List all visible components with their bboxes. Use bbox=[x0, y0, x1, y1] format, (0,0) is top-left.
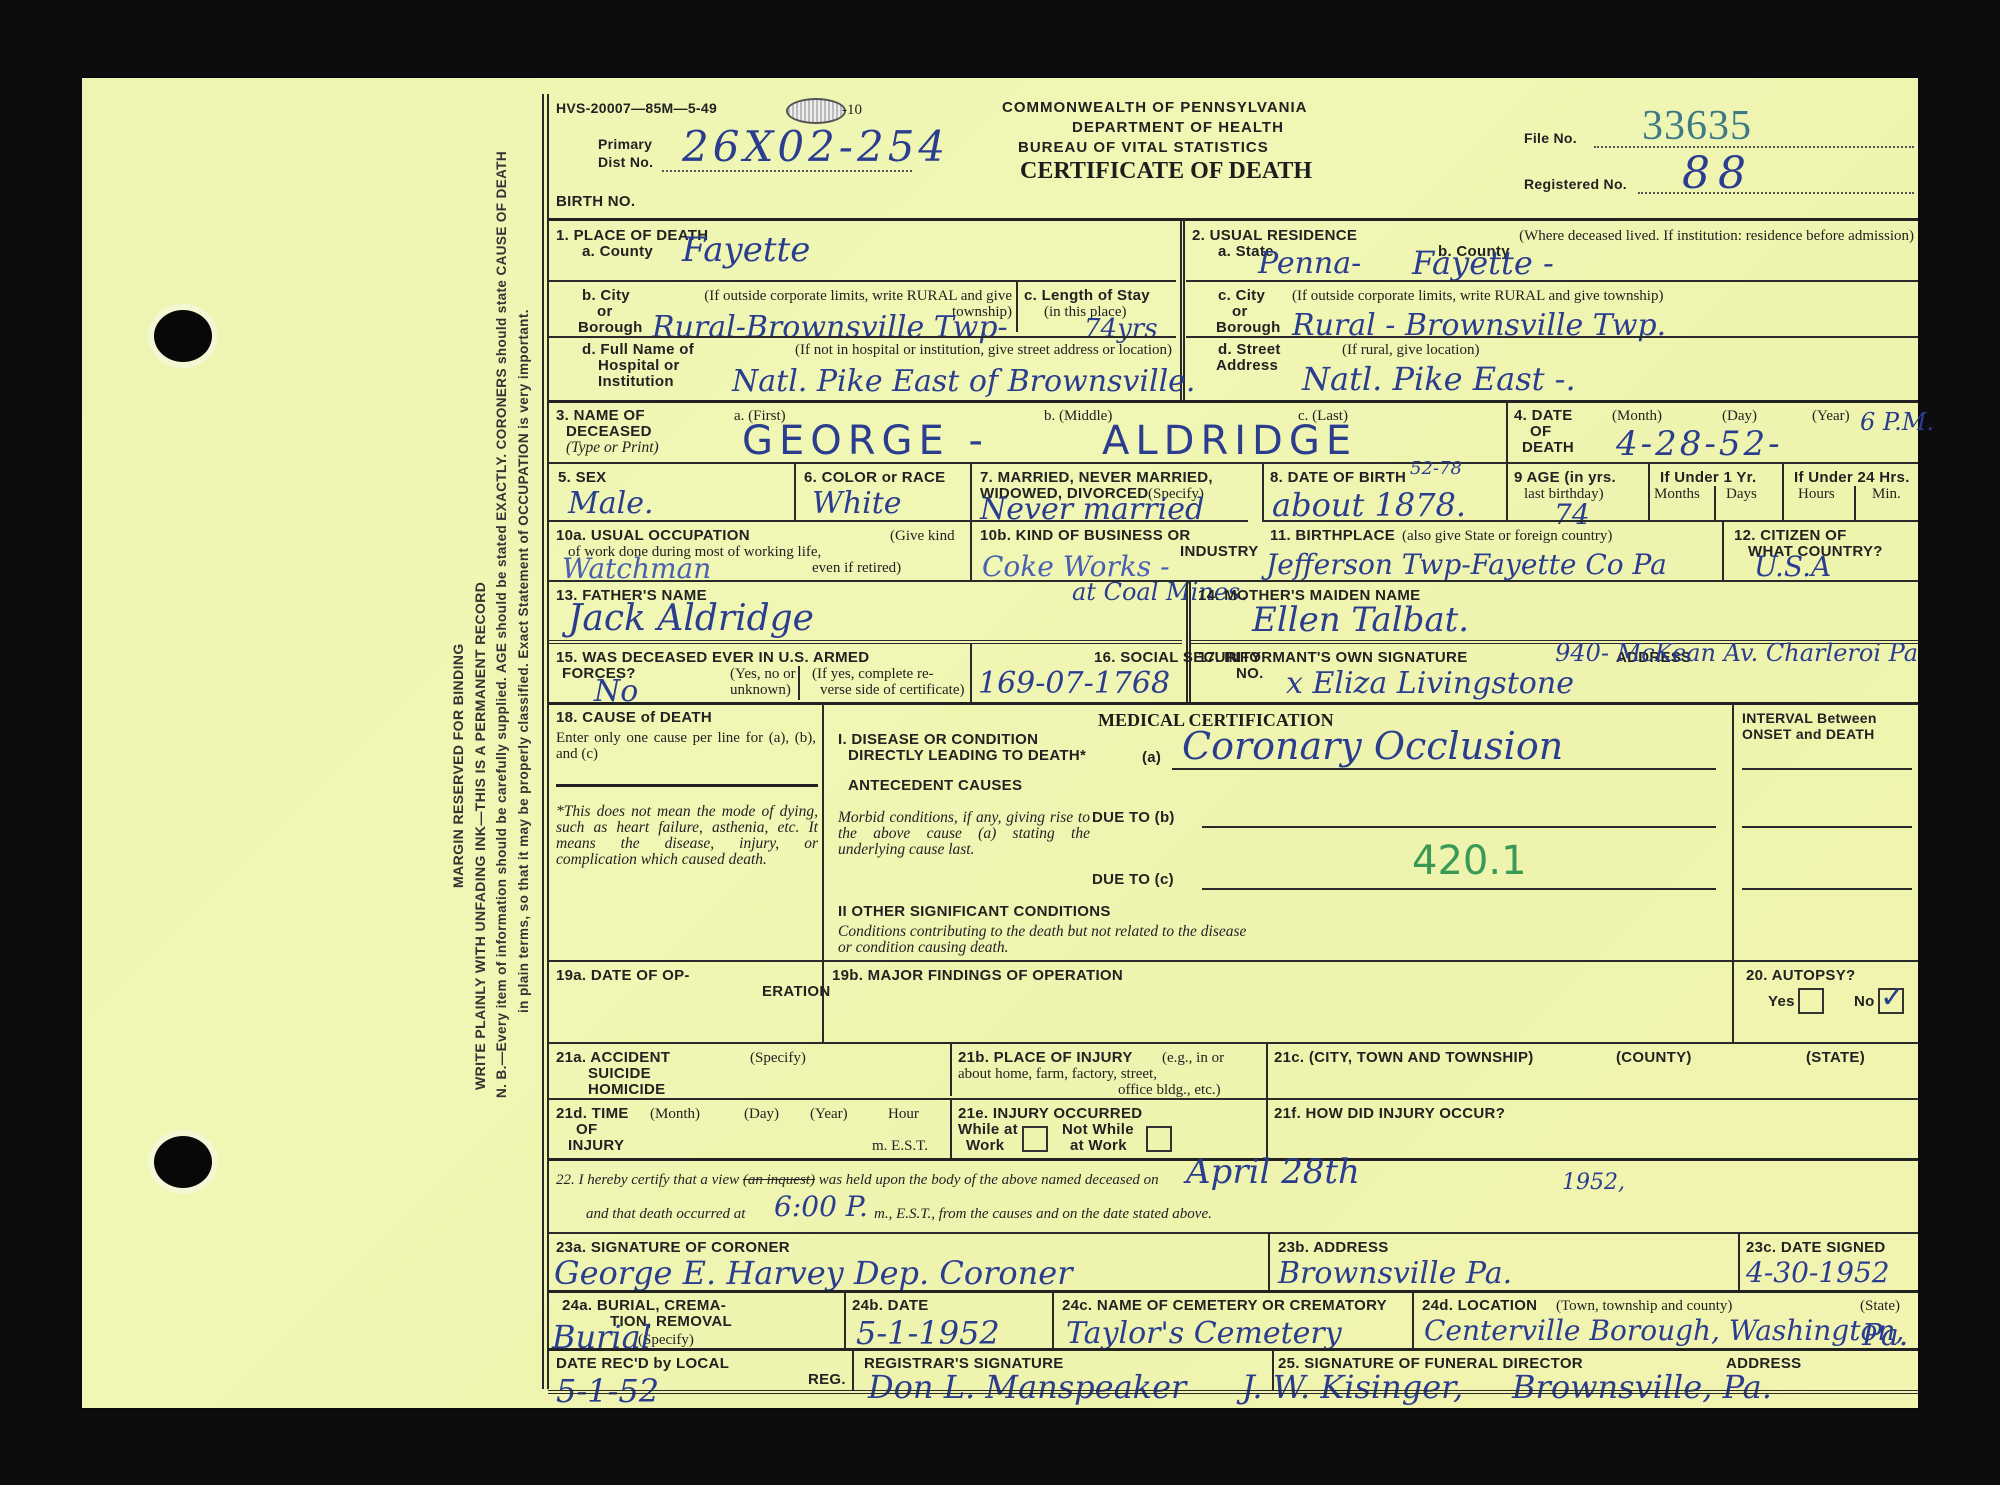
section-divider bbox=[548, 1232, 1918, 1234]
disease-label-b: DIRECTLY LEADING TO DEATH* bbox=[848, 748, 1086, 764]
col-divider bbox=[950, 1044, 952, 1096]
col-divider bbox=[794, 464, 796, 520]
birthplace-label: 11. BIRTHPLACE bbox=[1270, 528, 1395, 544]
death-city-value[interactable]: Rural-Brownsville Twp- bbox=[652, 310, 1008, 345]
hospital-hint: (If not in hospital or institution, give… bbox=[722, 342, 1172, 358]
margin-ink-text: WRITE PLAINLY WITH UNFADING INK—THIS IS … bbox=[472, 582, 488, 1090]
age-value[interactable]: 74 bbox=[1554, 498, 1590, 531]
registrar-signature-value[interactable]: Don L. Manspeaker bbox=[868, 1368, 1186, 1406]
row-line bbox=[548, 336, 1176, 338]
while-at-work-label-b: Work bbox=[966, 1138, 1004, 1154]
interval-c-line[interactable] bbox=[1742, 888, 1912, 890]
citizen-value[interactable]: U.S.A bbox=[1754, 550, 1831, 583]
view-date-value[interactable]: April 28th bbox=[1186, 1152, 1360, 1192]
injury-month-label: (Month) bbox=[650, 1106, 700, 1122]
while-at-work-label: While at bbox=[958, 1122, 1018, 1138]
other-conditions-note: Conditions contributing to the death but… bbox=[838, 924, 1258, 956]
certification-line-2b: m., E.S.T., from the causes and on the d… bbox=[874, 1206, 1212, 1222]
date-of-birth-value[interactable]: about 1878. bbox=[1272, 486, 1466, 524]
armed-forces-label: 15. WAS DECEASED EVER IN U.S. ARMED bbox=[556, 650, 869, 666]
section-divider bbox=[548, 702, 1918, 705]
date-signed-label: 23c. DATE SIGNED bbox=[1746, 1240, 1886, 1256]
sex-label: 5. SEX bbox=[558, 470, 607, 486]
col-divider bbox=[1412, 1292, 1414, 1348]
place-of-injury-hint-b: about home, farm, factory, street, bbox=[958, 1066, 1157, 1082]
sex-value[interactable]: Male. bbox=[568, 486, 654, 521]
cemetery-label: 24c. NAME OF CEMETERY OR CREMATORY bbox=[1062, 1298, 1387, 1314]
certification-line-1: 22. I hereby certify that a view (an inq… bbox=[556, 1172, 1159, 1188]
certified-time-value[interactable]: 6:00 P. bbox=[774, 1190, 868, 1223]
residence-street-hint: (If rural, give location) bbox=[1342, 342, 1479, 358]
death-certificate: MARGIN RESERVED FOR BINDING WRITE PLAINL… bbox=[82, 78, 1918, 1408]
informant-address-value[interactable]: 940- McKean Av. Charleroi Pa bbox=[1548, 638, 1918, 668]
residence-city-label: c. City bbox=[1218, 288, 1265, 304]
time-of-death-value[interactable]: 6 P.M. bbox=[1860, 408, 1934, 436]
place-of-injury-label: 21b. PLACE OF INJURY bbox=[958, 1050, 1133, 1066]
birthplace-value[interactable]: Jefferson Twp-Fayette Co Pa bbox=[1266, 548, 1667, 581]
col-divider bbox=[1506, 402, 1508, 462]
interval-label: INTERVAL Between bbox=[1742, 710, 1877, 726]
col-divider bbox=[844, 1292, 846, 1348]
funeral-address-value[interactable]: Brownsville, Pa. bbox=[1512, 1368, 1772, 1406]
birthplace-hint: (also give State or foreign country) bbox=[1402, 528, 1612, 544]
not-while-at-work-label-b: at Work bbox=[1070, 1138, 1127, 1154]
file-no-value[interactable]: 33635 bbox=[1642, 102, 1752, 150]
residence-state-value[interactable]: Penna- bbox=[1258, 246, 1361, 281]
residence-street-label: d. Street bbox=[1218, 342, 1281, 358]
last-name-value[interactable]: ALDRIDGE bbox=[1102, 418, 1357, 464]
injury-city-label: 21c. (CITY, TOWN AND TOWNSHIP) bbox=[1274, 1050, 1534, 1066]
cause-a-value[interactable]: Coronary Occlusion bbox=[1182, 724, 1563, 768]
agency-line-1: COMMONWEALTH OF PENNSYLVANIA bbox=[1002, 100, 1308, 116]
name-heading-c: (Type or Print) bbox=[566, 440, 659, 456]
section-divider bbox=[548, 1042, 1918, 1044]
mother-name-value[interactable]: Ellen Talbat. bbox=[1252, 600, 1469, 640]
usual-residence-hint: (Where deceased lived. If institution: r… bbox=[1402, 228, 1914, 244]
hospital-label-c: Institution bbox=[598, 374, 674, 390]
time-of-injury-label-c: INJURY bbox=[568, 1138, 624, 1154]
under-24-hours-label: If Under 24 Hrs. bbox=[1794, 470, 1910, 486]
coroner-signature-value[interactable]: George E. Harvey Dep. Coroner bbox=[554, 1254, 1072, 1292]
other-conditions-label: II OTHER SIGNIFICANT CONDITIONS bbox=[838, 904, 1111, 920]
date-received-label: DATE REC'D by LOCAL bbox=[556, 1356, 729, 1372]
death-city-label: b. City bbox=[582, 288, 630, 304]
residence-address-label: Address bbox=[1216, 358, 1278, 374]
cause-code-value: 420.1 bbox=[1412, 838, 1527, 884]
operation-date-label: 19a. DATE OF OP- bbox=[556, 968, 690, 984]
due-to-b-label: DUE TO (b) bbox=[1092, 810, 1175, 826]
injury-state-label: (STATE) bbox=[1806, 1050, 1865, 1066]
armed-forces-hint-d: verse side of certificate) bbox=[820, 682, 965, 698]
form-border-left bbox=[542, 94, 544, 1389]
residence-street-value[interactable]: Natl. Pike East -. bbox=[1302, 360, 1576, 398]
autopsy-no-checkbox[interactable]: ✓ bbox=[1878, 988, 1904, 1014]
section-divider bbox=[548, 1290, 1918, 1293]
col-divider bbox=[1732, 962, 1734, 1042]
certification-line-2a: and that death occurred at bbox=[586, 1206, 745, 1222]
certification-text-b: was held upon the body of the above name… bbox=[819, 1172, 1159, 1188]
months-label: Months bbox=[1654, 486, 1700, 502]
date-of-death-label-b: OF bbox=[1530, 424, 1551, 440]
injury-hour-label: Hour bbox=[888, 1106, 919, 1122]
cause-a-line bbox=[1172, 768, 1716, 770]
burial-location-hint: (Town, township and county) bbox=[1556, 1298, 1732, 1314]
hospital-value[interactable]: Natl. Pike East of Brownsville. bbox=[732, 364, 1195, 399]
row-line bbox=[548, 280, 1176, 282]
time-of-injury-label-b: OF bbox=[576, 1122, 597, 1138]
injury-county-label: (COUNTY) bbox=[1616, 1050, 1692, 1066]
col-divider bbox=[1738, 1234, 1740, 1290]
business-label-b: INDUSTRY bbox=[1180, 544, 1259, 560]
race-value[interactable]: White bbox=[812, 486, 902, 521]
not-while-at-work-checkbox[interactable] bbox=[1146, 1126, 1172, 1152]
death-county-label: a. County bbox=[582, 244, 653, 260]
hole-punch-bottom bbox=[154, 1136, 212, 1188]
form-border-left-inner bbox=[547, 94, 549, 1389]
armed-forces-hint-a: (Yes, no or bbox=[730, 666, 796, 682]
hole-punch-top bbox=[154, 310, 212, 362]
date-signed-value[interactable]: 4-30-1952 bbox=[1746, 1256, 1890, 1289]
interval-a-line[interactable] bbox=[1742, 768, 1912, 770]
cause-instructions: Enter only one cause per line for (a), (… bbox=[556, 730, 816, 762]
col-divider bbox=[1266, 1044, 1268, 1158]
suicide-label: SUICIDE bbox=[588, 1066, 651, 1082]
primary-dist-value[interactable]: 26X02-254 bbox=[682, 122, 949, 171]
col-divider bbox=[1722, 522, 1724, 580]
day-label: (Day) bbox=[1722, 408, 1757, 424]
marital-status-label: 7. MARRIED, NEVER MARRIED, bbox=[980, 470, 1213, 486]
how-injury-occurred-label: 21f. HOW DID INJURY OCCUR? bbox=[1274, 1106, 1505, 1122]
margin-note-line2: in plain terms, so that it may be proper… bbox=[516, 309, 531, 1013]
row-line bbox=[1262, 520, 1918, 522]
col-divider bbox=[798, 666, 800, 700]
under-1-year-label: If Under 1 Yr. bbox=[1660, 470, 1756, 486]
col-divider bbox=[1262, 464, 1264, 520]
row-line bbox=[548, 580, 1918, 582]
injury-est-label: m. E.S.T. bbox=[872, 1138, 928, 1154]
operation-date-label-b: ERATION bbox=[762, 984, 831, 1000]
death-city-label-or: or bbox=[597, 304, 613, 320]
col-divider bbox=[950, 1100, 952, 1158]
file-no-label: File No. bbox=[1524, 130, 1577, 146]
cause-of-death-heading: 18. CAUSE of DEATH bbox=[556, 710, 712, 726]
ssn-value[interactable]: 169-07-1768 bbox=[978, 666, 1170, 701]
informant-signature-label: 17. INFORMANT'S OWN SIGNATURE bbox=[1198, 650, 1468, 666]
col-divider bbox=[1714, 486, 1716, 520]
age-label: 9 AGE (in yrs. bbox=[1514, 470, 1616, 486]
occupation-label: 10a. USUAL OCCUPATION bbox=[556, 528, 750, 544]
burial-location-value[interactable]: Centerville Borough, Washington, bbox=[1424, 1314, 1904, 1347]
cause-note: *This does not mean the mode of dying, s… bbox=[556, 804, 818, 868]
interval-label-b: ONSET and DEATH bbox=[1742, 726, 1875, 742]
informant-signature-value[interactable]: x Eliza Livingstone bbox=[1286, 666, 1574, 701]
operation-findings-label: 19b. MAJOR FINDINGS OF OPERATION bbox=[832, 968, 1123, 984]
armed-forces-hint-b: unknown) bbox=[730, 682, 791, 698]
col-divider bbox=[1648, 464, 1650, 520]
accident-label: 21a. ACCIDENT bbox=[556, 1050, 670, 1066]
usual-residence-heading: 2. USUAL RESIDENCE bbox=[1192, 228, 1357, 244]
col-divider bbox=[1506, 464, 1508, 520]
place-of-injury-hint-a: (e.g., in or bbox=[1162, 1050, 1224, 1066]
form-code: HVS-20007—85M—5-49 bbox=[556, 100, 717, 116]
length-of-stay-value[interactable]: 74yrs bbox=[1084, 314, 1158, 344]
burial-state-hint: (State) bbox=[1860, 1298, 1900, 1314]
date-of-death-label-c: DEATH bbox=[1522, 440, 1574, 456]
cemetery-value[interactable]: Taylor's Cemetery bbox=[1066, 1316, 1342, 1351]
section-divider bbox=[548, 960, 1918, 962]
registered-no-value[interactable]: 88 bbox=[1682, 148, 1754, 199]
injury-occurred-label: 21e. INJURY OCCURRED bbox=[958, 1106, 1142, 1122]
citizen-label: 12. CITIZEN OF bbox=[1734, 528, 1847, 544]
union-label-seal-icon bbox=[786, 98, 846, 124]
place-of-injury-hint-c: office bldg., etc.) bbox=[1118, 1082, 1221, 1098]
name-heading: 3. NAME OF bbox=[556, 408, 645, 424]
father-name-value[interactable]: Jack Aldridge bbox=[568, 598, 814, 639]
row-line bbox=[548, 462, 1918, 464]
view-year-value: 1952, bbox=[1562, 1170, 1625, 1195]
coroner-address-value[interactable]: Brownsville Pa. bbox=[1278, 1256, 1512, 1291]
length-of-stay-label: c. Length of Stay bbox=[1024, 288, 1150, 304]
col-divider bbox=[970, 464, 972, 580]
residence-city-hint: (If outside corporate limits, write RURA… bbox=[1292, 288, 1663, 304]
union-label-suffix: -10 bbox=[842, 102, 862, 118]
antecedent-causes-label: ANTECEDENT CAUSES bbox=[848, 778, 1022, 794]
autopsy-yes-label: Yes bbox=[1768, 994, 1795, 1010]
cause-c-line bbox=[1202, 888, 1716, 890]
burial-date-value[interactable]: 5-1-1952 bbox=[856, 1314, 1000, 1352]
certificate-title: CERTIFICATE OF DEATH bbox=[1020, 158, 1312, 185]
name-heading-b: DECEASED bbox=[566, 424, 652, 440]
due-to-c-label: DUE TO (c) bbox=[1092, 872, 1174, 888]
min-label: Min. bbox=[1872, 486, 1901, 502]
margin-binding-text: MARGIN RESERVED FOR BINDING bbox=[450, 643, 466, 888]
days-label: Days bbox=[1726, 486, 1757, 502]
injury-year-label: (Year) bbox=[810, 1106, 848, 1122]
race-label: 6. COLOR or RACE bbox=[804, 470, 945, 486]
cause-b-line bbox=[1202, 826, 1716, 828]
hospital-label: d. Full Name of bbox=[582, 342, 694, 358]
burial-date-label: 24b. DATE bbox=[852, 1298, 929, 1314]
occupation-hint-c: even if retired) bbox=[812, 560, 901, 576]
year-label: (Year) bbox=[1812, 408, 1850, 424]
interval-b-line[interactable] bbox=[1742, 826, 1912, 828]
business-label: 10b. KIND OF BUSINESS OR bbox=[980, 528, 1191, 544]
residence-city-label-or: or bbox=[1232, 304, 1248, 320]
while-at-work-checkbox[interactable] bbox=[1022, 1126, 1048, 1152]
col-divider bbox=[1854, 486, 1856, 520]
autopsy-no-label: No bbox=[1854, 994, 1875, 1010]
date-of-death-value[interactable]: 4-28-52- bbox=[1616, 424, 1783, 464]
residence-county-value[interactable]: Fayette - bbox=[1412, 244, 1554, 282]
coroner-address-label: 23b. ADDRESS bbox=[1278, 1240, 1389, 1256]
col-divider bbox=[1268, 1234, 1270, 1290]
hours-label: Hours bbox=[1798, 486, 1835, 502]
date-of-death-label: 4. DATE bbox=[1514, 408, 1573, 424]
cause-a-label: (a) bbox=[1142, 750, 1161, 766]
agency-line-2: DEPARTMENT OF HEALTH bbox=[1072, 120, 1284, 136]
row-line bbox=[548, 520, 1248, 522]
injury-day-label: (Day) bbox=[744, 1106, 779, 1122]
homicide-label: HOMICIDE bbox=[588, 1082, 665, 1098]
ssn-label-b: NO. bbox=[1236, 666, 1264, 682]
row-line bbox=[548, 640, 1182, 644]
check-mark-icon: ✓ bbox=[1880, 980, 1905, 1015]
armed-forces-hint-c: (If yes, complete re- bbox=[812, 666, 934, 682]
inquest-struck-text: (an inquest) bbox=[743, 1172, 815, 1188]
disease-label: I. DISEASE OR CONDITION bbox=[838, 732, 1038, 748]
first-name-value[interactable]: GEORGE - bbox=[742, 418, 989, 464]
date-of-birth-annotation: 52-78 bbox=[1410, 458, 1462, 479]
col-divider bbox=[1782, 464, 1784, 520]
row-line bbox=[548, 1098, 1918, 1100]
occupation-hint-a: (Give kind bbox=[890, 528, 955, 544]
col-divider bbox=[1016, 282, 1018, 332]
date-received-label-b: REG. bbox=[808, 1372, 846, 1388]
date-of-birth-label: 8. DATE OF BIRTH bbox=[1270, 470, 1406, 486]
section-divider bbox=[548, 1348, 1918, 1351]
cause-divider bbox=[556, 784, 818, 787]
burial-location-label: 24d. LOCATION bbox=[1422, 1298, 1537, 1314]
time-of-injury-label: 21d. TIME bbox=[556, 1106, 629, 1122]
autopsy-yes-checkbox[interactable] bbox=[1798, 988, 1824, 1014]
registered-no-dotted-line bbox=[1638, 192, 1914, 194]
residence-borough-label: Borough bbox=[1216, 320, 1281, 336]
death-county-value[interactable]: Fayette bbox=[682, 230, 810, 270]
col-divider bbox=[1052, 1292, 1054, 1348]
burial-type-label: 24a. BURIAL, CREMA- bbox=[562, 1298, 726, 1314]
section-divider bbox=[548, 400, 1918, 403]
registered-no-label: Registered No. bbox=[1524, 176, 1627, 192]
col-divider bbox=[970, 644, 972, 702]
accident-specify-label: (Specify) bbox=[750, 1050, 806, 1066]
margin-note-line1: N. B.—Every item of information should b… bbox=[494, 151, 509, 1098]
morbid-conditions-note: Morbid conditions, if any, giving rise t… bbox=[838, 810, 1090, 858]
col-divider bbox=[852, 1350, 854, 1390]
autopsy-label: 20. AUTOPSY? bbox=[1746, 968, 1855, 984]
funeral-director-value[interactable]: J. W. Kisinger, bbox=[1242, 1368, 1463, 1406]
row-line bbox=[1186, 336, 1918, 338]
row-line bbox=[1186, 280, 1918, 282]
month-label: (Month) bbox=[1612, 408, 1662, 424]
dist-no-label: Dist No. bbox=[598, 154, 653, 170]
form-bottom-border bbox=[548, 1390, 1918, 1394]
birth-no-label: BIRTH NO. bbox=[556, 194, 635, 210]
not-while-at-work-label: Not While bbox=[1062, 1122, 1134, 1138]
primary-dist-label: Primary bbox=[598, 136, 652, 152]
agency-line-3: BUREAU OF VITAL STATISTICS bbox=[1018, 140, 1269, 156]
certification-text-a: 22. I hereby certify that a view bbox=[556, 1172, 739, 1188]
hospital-label-b: Hospital or bbox=[598, 358, 680, 374]
death-borough-label: Borough bbox=[578, 320, 643, 336]
header-divider bbox=[548, 218, 1918, 221]
